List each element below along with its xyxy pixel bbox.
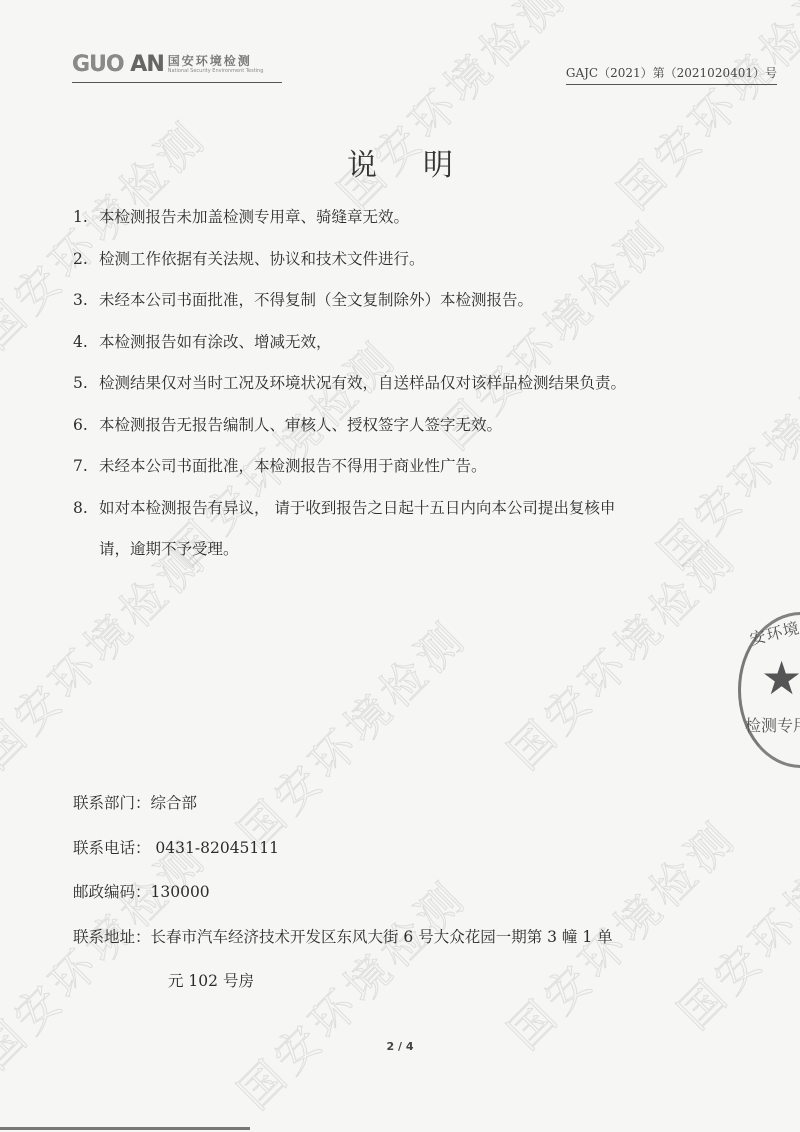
item-text: 检测工作依据有关法规、协议和技术文件进行。 [99,250,425,268]
document-number: GAJC（2021）第（2021020401）号 [566,64,777,85]
contact-address: 联系地址：长春市汽车经济技术开发区东风大街 6 号大众花园一期第 3 幢 1 单 [73,927,753,947]
item-text: 本检测报告如有涂改、增减无效， [99,333,332,351]
item-text: 本检测报告未加盖检测专用章、骑缝章无效。 [99,208,409,226]
contact-info: 联系部门：综合部 联系电话： 0431-82045111 邮政编码：130000… [73,793,753,1016]
notice-item: 4.本检测报告如有涂改、增减无效， [73,332,753,352]
star-icon: ★ [761,655,800,701]
item-number: 8. [73,498,99,518]
item-text: 如对本检测报告有异议， 请于收到报告之日起十五日内向本公司提出复核申 [99,499,615,517]
item-number: 2. [73,249,99,269]
contact-address-continuation: 元 102 号房 [73,971,753,991]
contact-phone: 联系电话： 0431-82045111 [73,838,753,858]
header-divider [72,82,282,83]
contact-postal-code: 邮政编码：130000 [73,882,753,902]
scan-edge [0,1127,250,1130]
seal-bottom-text: 检测专用 [745,713,800,736]
item-text: 检测结果仅对当时工况及环境状况有效，自送样品仅对该样品检测结果负责。 [99,374,626,392]
logo-text: 国安环境检测 National Security Environment Tes… [168,55,264,75]
notice-item-continuation: 请，逾期不予受理。 [73,539,753,559]
logo-cn: 国安环境检测 [168,55,264,68]
logo-mark-light: GUO [72,52,124,77]
watermark-text: 国安环境检测 [601,0,800,221]
page-number: 2 / 4 [0,1040,800,1053]
logo-mark: GUO AN [72,54,164,76]
notice-item: 6.本检测报告无报告编制人、审核人、授权签字人签字无效。 [73,415,753,435]
page-header: GUO AN 国安环境检测 National Security Environm… [72,54,732,80]
contact-department: 联系部门：综合部 [73,793,753,813]
item-text: 未经本公司书面批准，不得复制（全文复制除外）本检测报告。 [99,291,533,309]
notice-item: 7.未经本公司书面批准，本检测报告不得用于商业性广告。 [73,456,753,476]
item-number: 4. [73,332,99,352]
item-number: 6. [73,415,99,435]
notice-item: 1.本检测报告未加盖检测专用章、骑缝章无效。 [73,207,753,227]
company-logo: GUO AN 国安环境检测 National Security Environm… [72,54,263,76]
notice-item: 8.如对本检测报告有异议， 请于收到报告之日起十五日内向本公司提出复核申 [73,498,753,518]
notice-list: 1.本检测报告未加盖检测专用章、骑缝章无效。 2.检测工作依据有关法规、协议和技… [73,207,753,581]
page-title: 说明 [0,140,800,184]
seal-top-text: 安环境 [747,615,800,650]
item-text: 未经本公司书面批准，本检测报告不得用于商业性广告。 [99,457,487,475]
item-number: 1. [73,207,99,227]
item-number: 5. [73,373,99,393]
watermark-text: 国安环境检测 [321,0,578,221]
notice-item: 5.检测结果仅对当时工况及环境状况有效，自送样品仅对该样品检测结果负责。 [73,373,753,393]
logo-en: National Security Environment Testing [168,68,264,75]
item-number: 7. [73,456,99,476]
item-number: 3. [73,290,99,310]
item-text: 本检测报告无报告编制人、审核人、授权签字人签字无效。 [99,416,502,434]
logo-mark-dark: AN [130,52,163,77]
notice-item: 3.未经本公司书面批准，不得复制（全文复制除外）本检测报告。 [73,290,753,310]
official-seal: 安环境 ★ 检测专用 [738,612,800,768]
notice-item: 2.检测工作依据有关法规、协议和技术文件进行。 [73,249,753,269]
